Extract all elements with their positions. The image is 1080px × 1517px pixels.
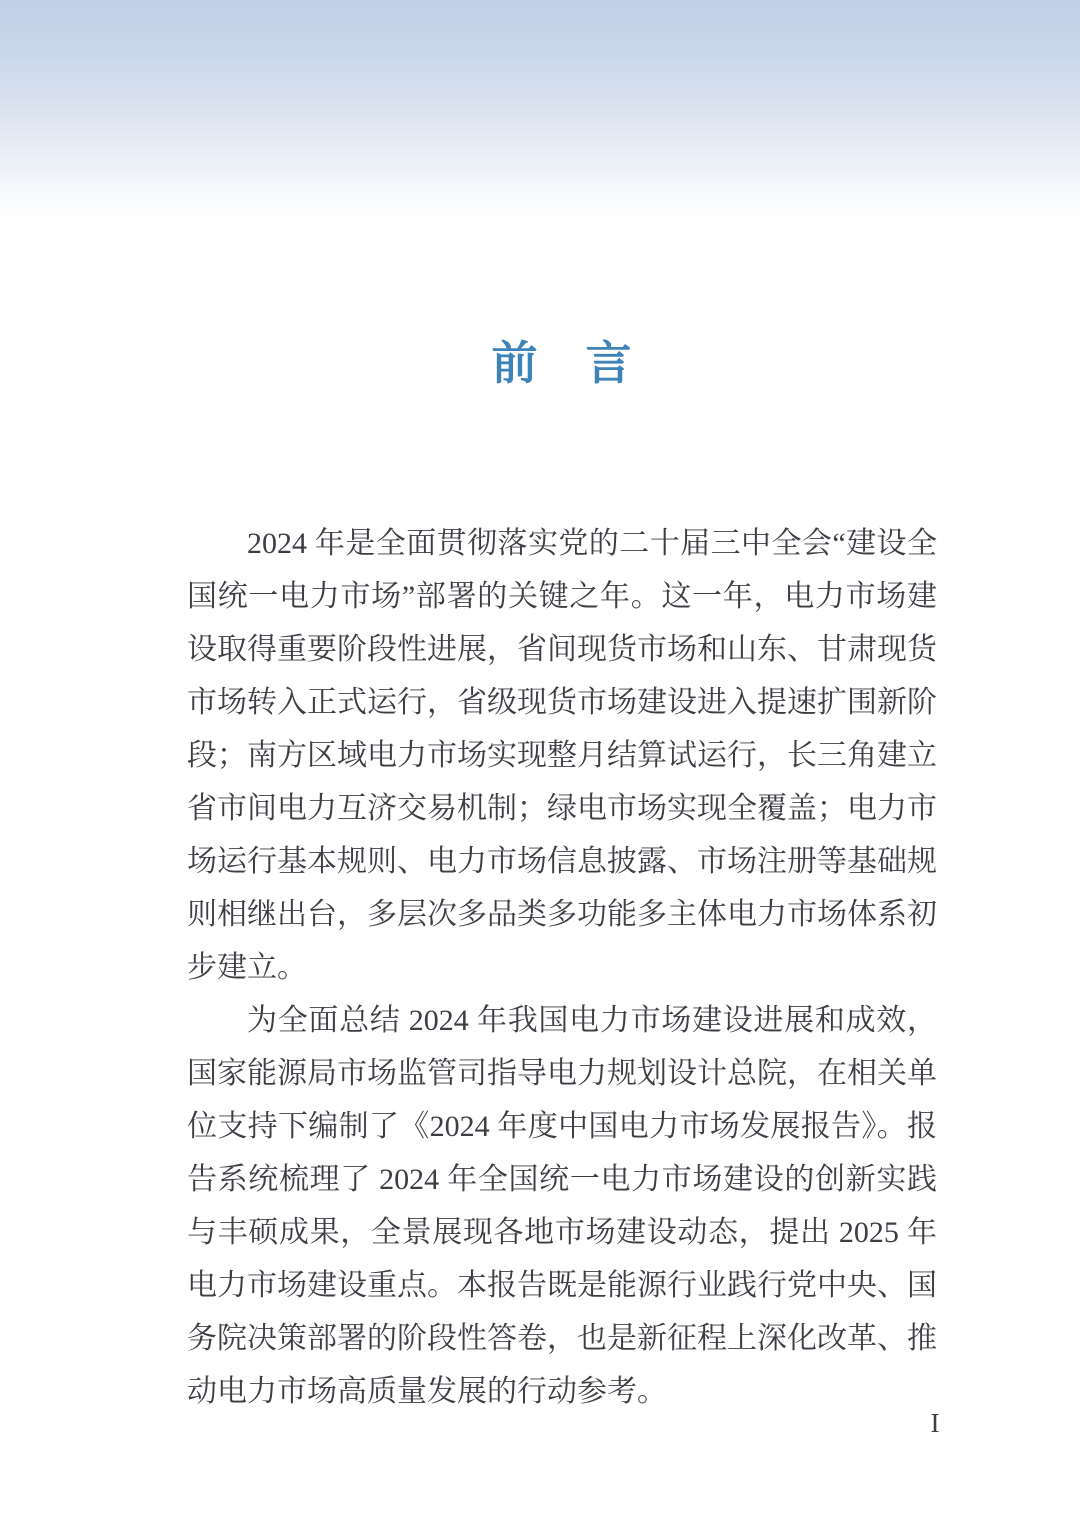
paragraph-1: 2024 年是全面贯彻落实党的二十届三中全会“建设全国统一电力市场”部署的关键之… bbox=[187, 517, 937, 994]
document-body: 2024 年是全面贯彻落实党的二十届三中全会“建设全国统一电力市场”部署的关键之… bbox=[187, 517, 937, 1418]
document-page: 前 言 2024 年是全面贯彻落实党的二十届三中全会“建设全国统一电力市场”部署… bbox=[0, 0, 1080, 1517]
page-title: 前 言 bbox=[187, 336, 937, 392]
paragraph-2: 为全面总结 2024 年我国电力市场建设进展和成效，国家能源局市场监管司指导电力… bbox=[187, 994, 937, 1418]
page-number: I bbox=[905, 1406, 965, 1440]
header-gradient-banner bbox=[0, 0, 1080, 228]
